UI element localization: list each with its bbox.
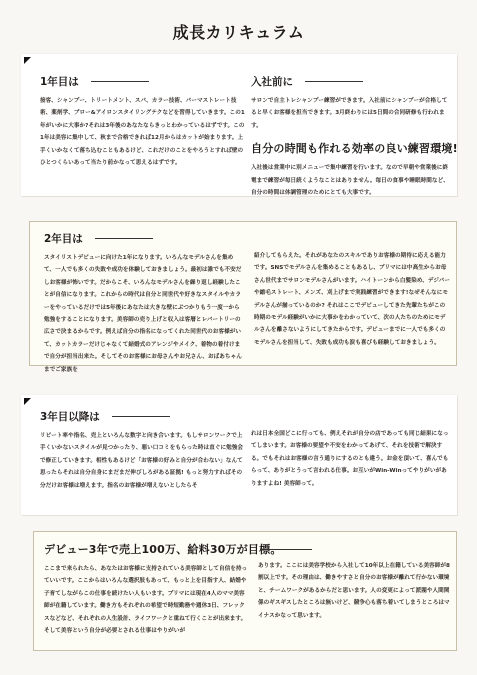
before-joining-heading: 入社前に	[251, 74, 451, 89]
before-joining-text: サロンで自主トレシャンプー練習ができます。入社前にシャンプーが合格してると早くお…	[251, 95, 451, 132]
panel-year1: 1年目は 接客、シャンプー、トリートメント、スパ、カラー技術、パーマストレート技…	[21, 54, 457, 196]
page-title: 成長カリキュラム	[0, 20, 477, 43]
year2-heading-text: 2年目は	[44, 231, 83, 246]
debut-goal-text-right: あります。ここには美容学校から入社して10年以上在籍している美容師が8割以上です…	[258, 560, 454, 622]
practice-env-heading-text: 自分の時間も作れる効率の良い練習環境!	[251, 140, 458, 156]
heading-rule	[91, 81, 149, 82]
heading-rule	[112, 416, 170, 417]
year2-text-right: 紹介してもらえた。それがあなたのスキルでありお客様の期待に応える能力です。SNS…	[254, 250, 450, 349]
heading-rule	[95, 238, 153, 239]
year3-text-left: リピート率や指名、売上といろんな数字と向き合います。もしサロンワークで上手くいか…	[40, 430, 245, 492]
practice-env-text: 入社後は営業中に別メニューで集中練習を行います。なので早朝や営業後に終電まで練習…	[251, 162, 451, 199]
heading-rule	[305, 81, 363, 82]
before-joining-column: 入社前に サロンで自主トレシャンプー練習ができます。入社前にシャンプーが合格して…	[251, 74, 451, 199]
year1-text: 接客、シャンプー、トリートメント、スパ、カラー技術、パーマストレート技術、薬剤学…	[40, 95, 245, 169]
year2-text-left: スタイリストデビューに向けた1年になります。いろんなモデルさんを集めて、一人でも…	[44, 252, 244, 376]
year2-left-column: 2年目は スタイリストデビューに向けた1年になります。いろんなモデルさんを集めて…	[44, 231, 244, 376]
corner-mark-icon	[24, 398, 31, 405]
panel-year3: 3年目以降は リピート率や指名、売上といろんな数字と向き合います。もしサロンワー…	[21, 395, 457, 515]
year3-left-column: 3年目以降は リピート率や指名、売上といろんな数字と向き合います。もしサロンワー…	[40, 409, 245, 492]
corner-mark-icon	[24, 57, 31, 64]
year2-heading: 2年目は	[44, 231, 244, 246]
debut-goal-heading-text: デビュー3年で売上100万、給料30万が目標。	[44, 541, 282, 557]
before-joining-heading-text: 入社前に	[251, 74, 293, 89]
year1-column: 1年目は 接客、シャンプー、トリートメント、スパ、カラー技術、パーマストレート技…	[40, 74, 245, 169]
year3-right-column: れは日本全国どこに行っても、例えそれが自分の店であっても同じ結果になってしまいま…	[251, 422, 451, 490]
panel-year2: 2年目は スタイリストデビューに向けた1年になります。いろんなモデルさんを集めて…	[29, 221, 457, 366]
debut-goal-heading-rule	[260, 549, 312, 550]
year3-heading-text: 3年目以降は	[40, 409, 100, 424]
year1-heading: 1年目は	[40, 74, 245, 89]
debut-goal-right-column: あります。ここには美容学校から入社して10年以上在籍している美容師が8割以上です…	[258, 554, 454, 622]
panel-debut-goal: デビュー3年で売上100万、給料30万が目標。 ここまで来られたら、あなたはお客…	[33, 531, 457, 651]
debut-goal-heading: デビュー3年で売上100万、給料30万が目標。	[44, 541, 248, 557]
practice-env-heading: 自分の時間も作れる効率の良い練習環境!	[251, 140, 451, 156]
year3-heading: 3年目以降は	[40, 409, 245, 424]
year2-right-column: 紹介してもらえた。それがあなたのスキルでありお客様の期待に応える能力です。SNS…	[254, 244, 450, 349]
year1-heading-text: 1年目は	[40, 74, 79, 89]
debut-goal-text-left: ここまで来られたら、あなたはお客様に支持されている美容師として自信を持っていいで…	[44, 563, 248, 637]
debut-goal-left-column: デビュー3年で売上100万、給料30万が目標。 ここまで来られたら、あなたはお客…	[44, 541, 248, 637]
year3-text-right: れは日本全国どこに行っても、例えそれが自分の店であっても同じ結果になってしまいま…	[251, 428, 451, 490]
